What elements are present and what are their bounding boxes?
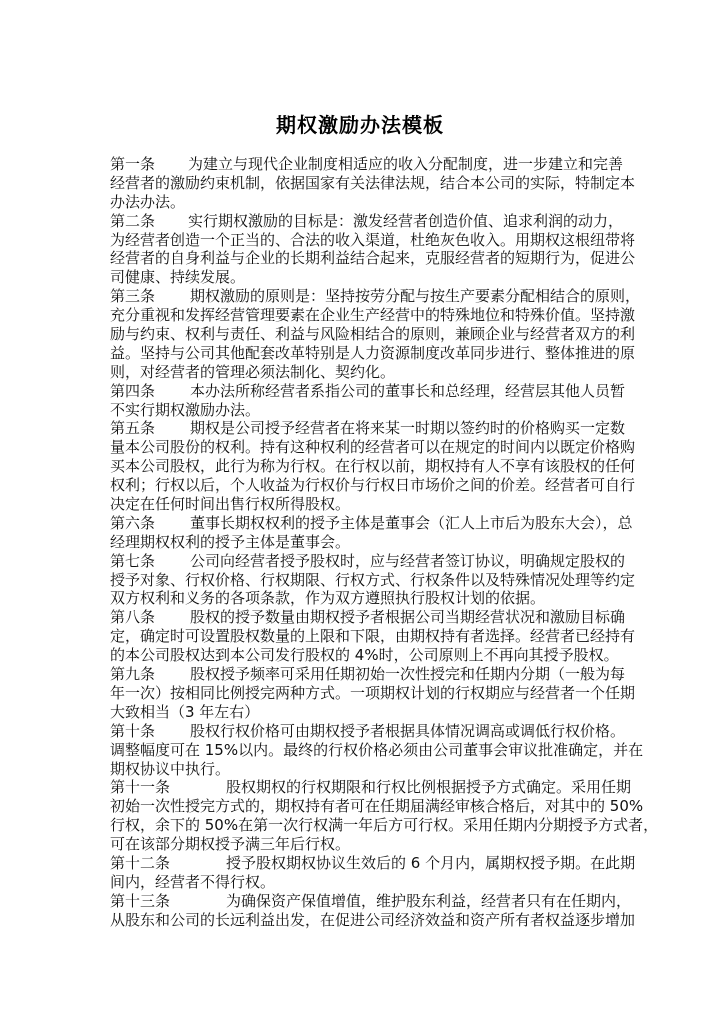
line-text: 经营者的激励约束机制，依据国家有关法律法规，结合本公司的实际，特制定本 — [110, 174, 612, 193]
text-line: 充分重视和发挥经营管理要素在企业生产经营中的特殊地位和特殊价值。坚持激 — [110, 306, 612, 325]
line-text: 的本公司股权达到本公司发行股权的 4%时，公司原则上不再向其授予股权。 — [110, 646, 612, 665]
article-first-line: 第十条股权行权价格可由期权授予者根据具体情况调高或调低行权价格。 — [110, 722, 612, 741]
line-text: 从股东和公司的长远利益出发，在促进公司经济效益和资产所有者权益逐步增加 — [110, 911, 612, 930]
line-text: 大致相当（3 年左右） — [110, 703, 612, 722]
line-text: 不实行期权激励办法。 — [110, 401, 612, 420]
article-label: 第十一条 — [110, 778, 170, 797]
text-line: 益。坚持与公司其他配套改革特别是人力资源制度改革同步进行、整体推进的原 — [110, 344, 612, 363]
line-text: 授予对象、行权价格、行权期限、行权方式、行权条件以及特殊情况处理等约定 — [110, 571, 612, 590]
text-line: 初始一次性授完方式的，期权持有者可在任期届满经审核合格后，对其中的 50% — [110, 797, 612, 816]
line-text: 期权协议中执行。 — [110, 760, 612, 779]
article-label: 第二条 — [110, 212, 155, 231]
text-line: 不实行期权激励办法。 — [110, 401, 612, 420]
article-first-line: 第十三条为确保资产保值增值，维护股东利益，经营者只有在任期内， — [110, 892, 612, 911]
text-line: 大致相当（3 年左右） — [110, 703, 612, 722]
text-line: 经理期权权利的授予主体是董事会。 — [110, 533, 612, 552]
line-text: 司健康、持续发展。 — [110, 268, 612, 287]
article-text: 授予股权期权协议生效后的 6 个月内，属期权授予期。在此期 — [226, 854, 612, 873]
article-text: 为确保资产保值增值，维护股东利益，经营者只有在任期内， — [226, 892, 612, 911]
text-line: 决定在任何时间出售行权所得股权。 — [110, 495, 612, 514]
text-line: 为经营者创造一个正当的、合法的收入渠道，杜绝灰色收入。用期权这根纽带将 — [110, 231, 612, 250]
text-line: 的本公司股权达到本公司发行股权的 4%时，公司原则上不再向其授予股权。 — [110, 646, 612, 665]
text-line: 间内，经营者不得行权。 — [110, 873, 612, 892]
article-label: 第七条 — [110, 552, 155, 571]
article-first-line: 第八条股权的授予数量由期权授予者根据公司当期经营状况和激励目标确 — [110, 608, 612, 627]
text-line: 经营者的自身利益与企业的长期利益结合起来，克服经营者的短期行为，促进公 — [110, 249, 612, 268]
text-line: 定，确定时可设置股权数量的上限和下限，由期权持有者选择。经营者已经持有 — [110, 627, 612, 646]
article-first-line: 第六条董事长期权权利的授予主体是董事会（汇人上市后为股东大会），总 — [110, 514, 612, 533]
document-title: 期权激励办法模板 — [0, 112, 720, 138]
line-text: 为经营者创造一个正当的、合法的收入渠道，杜绝灰色收入。用期权这根纽带将 — [110, 231, 612, 250]
article-label: 第十条 — [110, 722, 155, 741]
article-label: 第九条 — [110, 665, 155, 684]
article-first-line: 第一条为建立与现代企业制度相适应的收入分配制度，进一步建立和完善 — [110, 155, 612, 174]
line-text: 行权，余下的 50%在第一次行权满一年后方可行权。采用任期内分期授予方式者， — [110, 816, 612, 835]
article-first-line: 第九条股权授予频率可采用任期初始一次性授完和任期内分期（一般为每 — [110, 665, 612, 684]
line-text: 经营者的自身利益与企业的长期利益结合起来，克服经营者的短期行为，促进公 — [110, 249, 612, 268]
article-label: 第八条 — [110, 608, 155, 627]
text-line: 期权协议中执行。 — [110, 760, 612, 779]
article-label: 第四条 — [110, 382, 155, 401]
document-body: 第一条为建立与现代企业制度相适应的收入分配制度，进一步建立和完善经营者的激励约束… — [110, 155, 612, 930]
article-text: 期权是公司授予经营者在将来某一时期以签约时的价格购买一定数 — [190, 419, 612, 438]
text-line: 则，对经营者的管理必须法制化、契约化。 — [110, 363, 612, 382]
line-text: 调整幅度可在 15%以内。最终的行权价格必须由公司董事会审议批准确定，并在 — [110, 741, 612, 760]
line-text: 经理期权权利的授予主体是董事会。 — [110, 533, 612, 552]
line-text: 充分重视和发挥经营管理要素在企业生产经营中的特殊地位和特殊价值。坚持激 — [110, 306, 612, 325]
article-first-line: 第四条本办法所称经营者系指公司的董事长和总经理，经营层其他人员暂 — [110, 382, 612, 401]
line-text: 益。坚持与公司其他配套改革特别是人力资源制度改革同步进行、整体推进的原 — [110, 344, 612, 363]
article-first-line: 第七条公司向经营者授予股权时，应与经营者签订协议，明确规定股权的 — [110, 552, 612, 571]
article-label: 第十二条 — [110, 854, 170, 873]
article-text: 股权的授予数量由期权授予者根据公司当期经营状况和激励目标确 — [190, 608, 612, 627]
text-line: 办法办法。 — [110, 193, 612, 212]
article-text: 董事长期权权利的授予主体是董事会（汇人上市后为股东大会），总 — [190, 514, 612, 533]
text-line: 励与约束、权利与责任、利益与风险相结合的原则，兼顾企业与经营者双方的利 — [110, 325, 612, 344]
article-first-line: 第五条期权是公司授予经营者在将来某一时期以签约时的价格购买一定数 — [110, 419, 612, 438]
article-text: 本办法所称经营者系指公司的董事长和总经理，经营层其他人员暂 — [190, 382, 612, 401]
line-text: 励与约束、权利与责任、利益与风险相结合的原则，兼顾企业与经营者双方的利 — [110, 325, 612, 344]
article-label: 第一条 — [110, 155, 155, 174]
line-text: 年一次）按相同比例授完两种方式。一项期权计划的行权期应与经营者一个任期 — [110, 684, 612, 703]
text-line: 调整幅度可在 15%以内。最终的行权价格必须由公司董事会审议批准确定，并在 — [110, 741, 612, 760]
text-line: 买本公司股权，此行为称为行权。在行权以前，期权持有人不享有该股权的任何 — [110, 457, 612, 476]
article-first-line: 第二条实行期权激励的目标是：激发经营者创造价值、追求利润的动力， — [110, 212, 612, 231]
article-first-line: 第三条期权激励的原则是：坚持按劳分配与按生产要素分配相结合的原则， — [110, 287, 612, 306]
article-text: 为建立与现代企业制度相适应的收入分配制度，进一步建立和完善 — [188, 155, 612, 174]
line-text: 则，对经营者的管理必须法制化、契约化。 — [110, 363, 612, 382]
line-text: 量本公司股份的权利。持有这种权利的经营者可以在规定的时间内以既定价格购 — [110, 438, 612, 457]
line-text: 定，确定时可设置股权数量的上限和下限，由期权持有者选择。经营者已经持有 — [110, 627, 612, 646]
line-text: 买本公司股权，此行为称为行权。在行权以前，期权持有人不享有该股权的任何 — [110, 457, 612, 476]
text-line: 行权，余下的 50%在第一次行权满一年后方可行权。采用任期内分期授予方式者， — [110, 816, 612, 835]
article-label: 第五条 — [110, 419, 155, 438]
text-line: 可在该部分期权授予满三年后行权。 — [110, 835, 612, 854]
text-line: 经营者的激励约束机制，依据国家有关法律法规，结合本公司的实际，特制定本 — [110, 174, 612, 193]
text-line: 量本公司股份的权利。持有这种权利的经营者可以在规定的时间内以既定价格购 — [110, 438, 612, 457]
line-text: 权利；行权以后，个人收益为行权价与行权日市场价之间的价差。经营者可自行 — [110, 476, 612, 495]
article-label: 第六条 — [110, 514, 155, 533]
line-text: 间内，经营者不得行权。 — [110, 873, 612, 892]
line-text: 双方权利和义务的各项条款，作为双方遵照执行股权计划的依据。 — [110, 589, 612, 608]
text-line: 权利；行权以后，个人收益为行权价与行权日市场价之间的价差。经营者可自行 — [110, 476, 612, 495]
article-text: 股权期权的行权期限和行权比例根据授予方式确定。采用任期 — [226, 778, 612, 797]
article-text: 股权授予频率可采用任期初始一次性授完和任期内分期（一般为每 — [190, 665, 612, 684]
text-line: 双方权利和义务的各项条款，作为双方遵照执行股权计划的依据。 — [110, 589, 612, 608]
article-first-line: 第十一条股权期权的行权期限和行权比例根据授予方式确定。采用任期 — [110, 778, 612, 797]
article-text: 股权行权价格可由期权授予者根据具体情况调高或调低行权价格。 — [190, 722, 612, 741]
article-text: 公司向经营者授予股权时，应与经营者签订协议，明确规定股权的 — [190, 552, 612, 571]
line-text: 初始一次性授完方式的，期权持有者可在任期届满经审核合格后，对其中的 50% — [110, 797, 612, 816]
line-text: 决定在任何时间出售行权所得股权。 — [110, 495, 612, 514]
article-text: 实行期权激励的目标是：激发经营者创造价值、追求利润的动力， — [188, 212, 612, 231]
text-line: 司健康、持续发展。 — [110, 268, 612, 287]
line-text: 办法办法。 — [110, 193, 612, 212]
article-label: 第三条 — [110, 287, 155, 306]
article-text: 期权激励的原则是：坚持按劳分配与按生产要素分配相结合的原则， — [190, 287, 612, 306]
document-page: 期权激励办法模板 第一条为建立与现代企业制度相适应的收入分配制度，进一步建立和完… — [0, 0, 720, 1017]
article-first-line: 第十二条授予股权期权协议生效后的 6 个月内，属期权授予期。在此期 — [110, 854, 612, 873]
text-line: 授予对象、行权价格、行权期限、行权方式、行权条件以及特殊情况处理等约定 — [110, 571, 612, 590]
text-line: 从股东和公司的长远利益出发，在促进公司经济效益和资产所有者权益逐步增加 — [110, 911, 612, 930]
line-text: 可在该部分期权授予满三年后行权。 — [110, 835, 612, 854]
article-label: 第十三条 — [110, 892, 170, 911]
text-line: 年一次）按相同比例授完两种方式。一项期权计划的行权期应与经营者一个任期 — [110, 684, 612, 703]
